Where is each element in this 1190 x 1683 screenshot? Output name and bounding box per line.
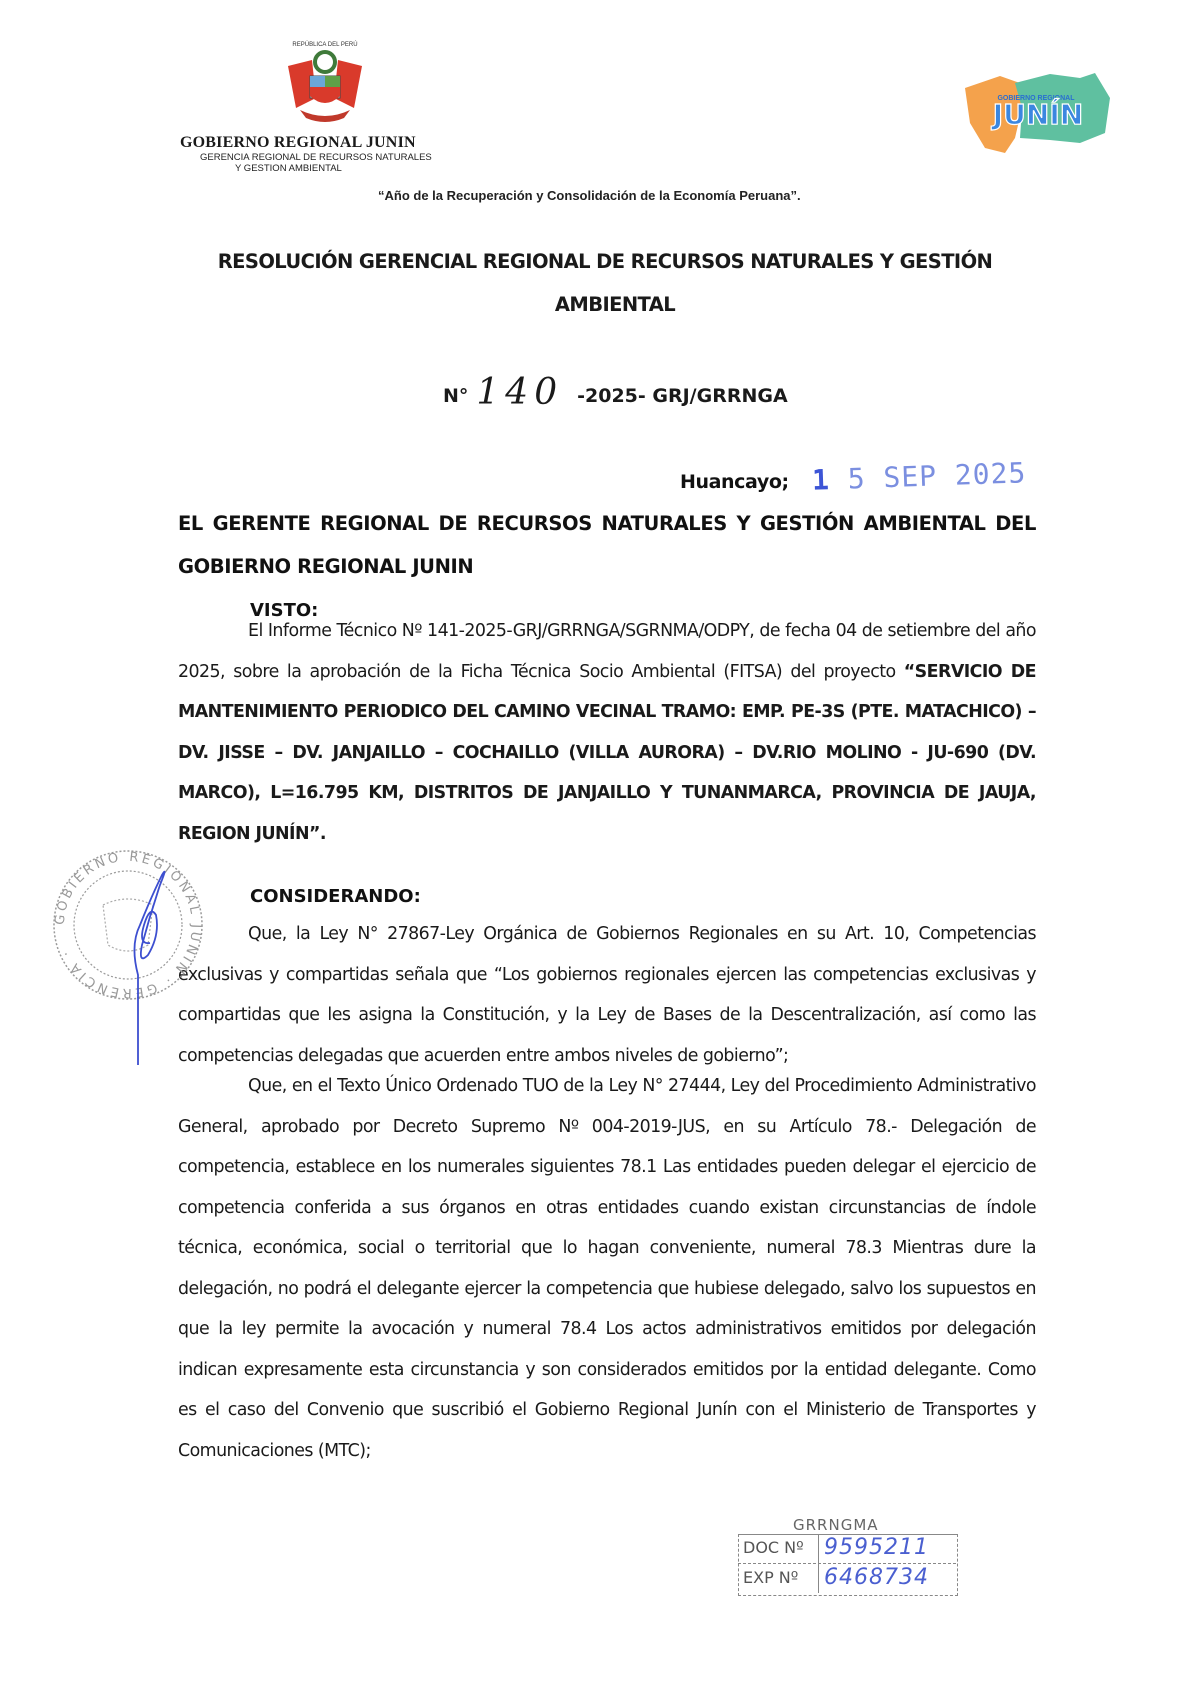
- signature-icon: [120, 855, 200, 1065]
- issuer-heading-word: AMBIENTAL: [864, 512, 986, 535]
- issuer-heading-word: GERENTE: [213, 512, 311, 535]
- registry-stamp-header: GRRNGMA: [793, 1516, 879, 1534]
- issuer-heading-line-2: GOBIERNO REGIONAL JUNIN: [178, 555, 1036, 578]
- doc-number-value: 9595211: [824, 1535, 929, 1560]
- org-subtitle-2: Y GESTION AMBIENTAL: [235, 163, 342, 174]
- issuer-heading-word: RECURSOS: [477, 512, 592, 535]
- resolution-prefix: N°: [443, 385, 468, 407]
- date-stamp-first-digit: 1: [811, 463, 830, 497]
- stamp-divider: [818, 1564, 819, 1593]
- issuer-heading-word: Y: [737, 512, 751, 535]
- junin-region-logo-icon: GOBIERNO REGIONAL JUNÍN: [960, 68, 1115, 158]
- resolution-number: N°140-2025- GRJ/GRRNGA: [443, 372, 788, 413]
- considerando-paragraph-1: Que, la Ley N° 27867-Ley Orgánica de Gob…: [178, 914, 1036, 1076]
- org-title: GOBIERNO REGIONAL JUNIN: [180, 134, 416, 152]
- issuer-heading-word: DEL: [995, 512, 1036, 535]
- issuer-heading-word: REGIONAL: [320, 512, 429, 535]
- considerando-text-2: Que, en el Texto Único Ordenado TUO de l…: [178, 1066, 1036, 1471]
- exp-number-label: EXP Nº: [743, 1568, 798, 1587]
- document-title-line-2: AMBIENTAL: [20, 293, 1190, 316]
- issuer-heading-line-1: ELGERENTEREGIONALDERECURSOSNATURALESYGES…: [178, 512, 1036, 535]
- resolution-suffix: -2025- GRJ/GRRNGA: [577, 385, 788, 407]
- place-label: Huancayo;: [680, 471, 789, 493]
- year-motto: “Año de la Recuperación y Consolidación …: [378, 188, 801, 203]
- issuer-heading-word: EL: [178, 512, 203, 535]
- visto-paragraph: El Informe Técnico Nº 141-2025-GRJ/GRRNG…: [178, 611, 1036, 854]
- svg-text:REPÚBLICA DEL PERÚ: REPÚBLICA DEL PERÚ: [292, 41, 357, 48]
- registry-exp-row: EXP Nº 6468734: [738, 1564, 956, 1593]
- resolution-handwritten-number: 140: [476, 372, 563, 413]
- date-stamp: 1 5 SEP 2025: [811, 456, 1026, 496]
- doc-number-label: DOC Nº: [743, 1538, 804, 1557]
- considerando-heading: CONSIDERANDO:: [250, 886, 421, 907]
- considerando-paragraph-2: Que, en el Texto Único Ordenado TUO de l…: [178, 1066, 1036, 1471]
- registry-stamp: GRRNGMA DOC Nº 9595211 EXP Nº 6468734: [738, 1516, 958, 1596]
- issuer-heading-word: NATURALES: [602, 512, 727, 535]
- peru-coat-of-arms-icon: REPÚBLICA DEL PERÚ: [270, 38, 380, 138]
- org-subtitle-1: GERENCIA REGIONAL DE RECURSOS NATURALES: [200, 152, 432, 163]
- exp-number-value: 6468734: [824, 1565, 929, 1590]
- project-name: “SERVICIO DE MANTENIMIENTO PERIODICO DEL…: [178, 662, 1036, 844]
- considerando-text-1: Que, la Ley N° 27867-Ley Orgánica de Gob…: [178, 914, 1036, 1076]
- registry-doc-row: DOC Nº 9595211: [738, 1534, 956, 1564]
- issuer-heading-word: GESTIÓN: [760, 512, 854, 535]
- issuer-heading: ELGERENTEREGIONALDERECURSOSNATURALESYGES…: [178, 512, 1036, 578]
- issuer-heading-word: DE: [439, 512, 468, 535]
- document-title-line-1: RESOLUCIÓN GERENCIAL REGIONAL DE RECURSO…: [10, 250, 1190, 273]
- date-stamp-rest: 5 SEP 2025: [847, 456, 1027, 495]
- svg-text:JUNÍN: JUNÍN: [991, 97, 1083, 131]
- stamp-divider: [818, 1534, 819, 1563]
